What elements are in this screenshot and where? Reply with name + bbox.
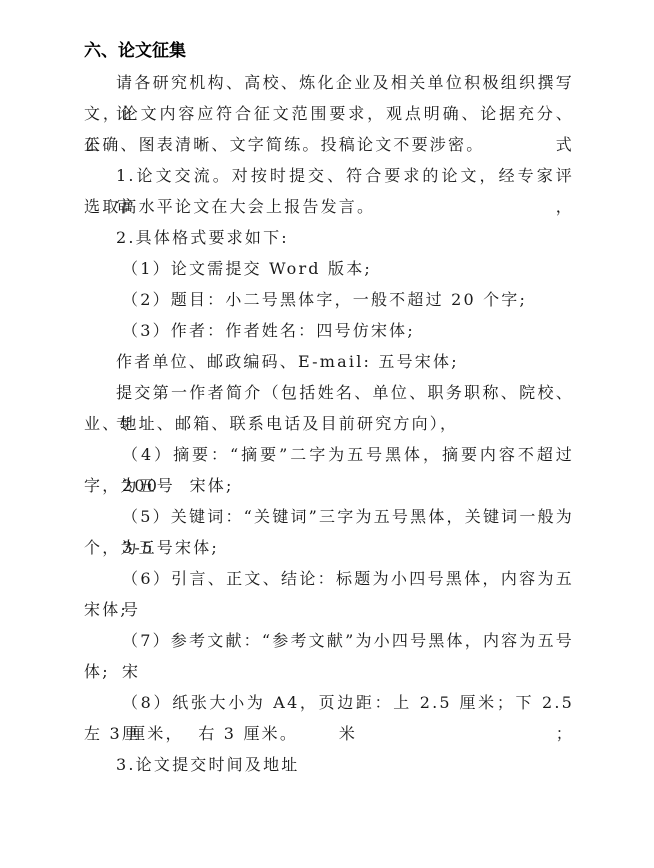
intro-paragraph: 请各研究机构、高校、炼化企业及相关单位积极组织撰写论 文，论文内容应符合征文范围… [84,67,574,160]
section-heading: 六、论文征集 [84,36,574,67]
requirement-keywords: （5）关键词：“关键词”三字为五号黑体，关键词一般为 3-5 [84,501,574,532]
item-2-title: 2.具体格式要求如下: [84,222,574,253]
requirement-abstract: （4）摘要：“摘要”二字为五号黑体，摘要内容不超过 200 [84,439,574,470]
format-requirements-list: （1）论文需提交 Word 版本; （2）题目：小二号黑体字，一般不超过 20 … [84,253,574,749]
text-line: 文，论文内容应符合征文范围要求，观点明确、论据充分、公式 [84,98,574,129]
requirement-abstract-cont: 字，为五号 宋体; [84,470,574,501]
requirement-title: （2）题目：小二号黑体字，一般不超过 20 个字; [84,284,574,315]
requirement-references-cont: 体; [84,656,574,687]
requirement-keywords-cont: 个，为五号宋体; [84,532,574,563]
requirement-references: （7）参考文献：“参考文献”为小四号黑体，内容为五号宋 [84,625,574,656]
document-page: 六、论文征集 请各研究机构、高校、炼化企业及相关单位积极组织撰写论 文，论文内容… [84,36,574,780]
requirement-author-affiliation: 作者单位、邮政编码、E-mail: 五号宋体; [84,346,574,377]
requirement-page-setup: （8）纸张大小为 A4，页边距：上 2.5 厘米；下 2.5 厘米； [84,687,574,718]
requirement-author: （3）作者：作者姓名：四号仿宋体; [84,315,574,346]
requirement-author-bio: 提交第一作者简介（包括姓名、单位、职务职称、院校、专 [84,377,574,408]
text-line: 请各研究机构、高校、炼化企业及相关单位积极组织撰写论 [84,67,574,98]
requirement-author-bio-cont: 业、地址、邮箱、联系电话及目前研究方向）， [84,408,574,439]
item-1-paper-exchange: 1.论文交流。对按时提交、符合要求的论文，经专家评审， 选取高水平论文在大会上报… [84,160,574,222]
requirement-body: （6）引言、正文、结论：标题为小四号黑体，内容为五号 [84,563,574,594]
text-line: 1.论文交流。对按时提交、符合要求的论文，经专家评审， [84,160,574,191]
requirement-body-cont: 宋体; [84,594,574,625]
item-3-title: 3.论文提交时间及地址 [84,749,574,780]
requirement-word-version: （1）论文需提交 Word 版本; [84,253,574,284]
